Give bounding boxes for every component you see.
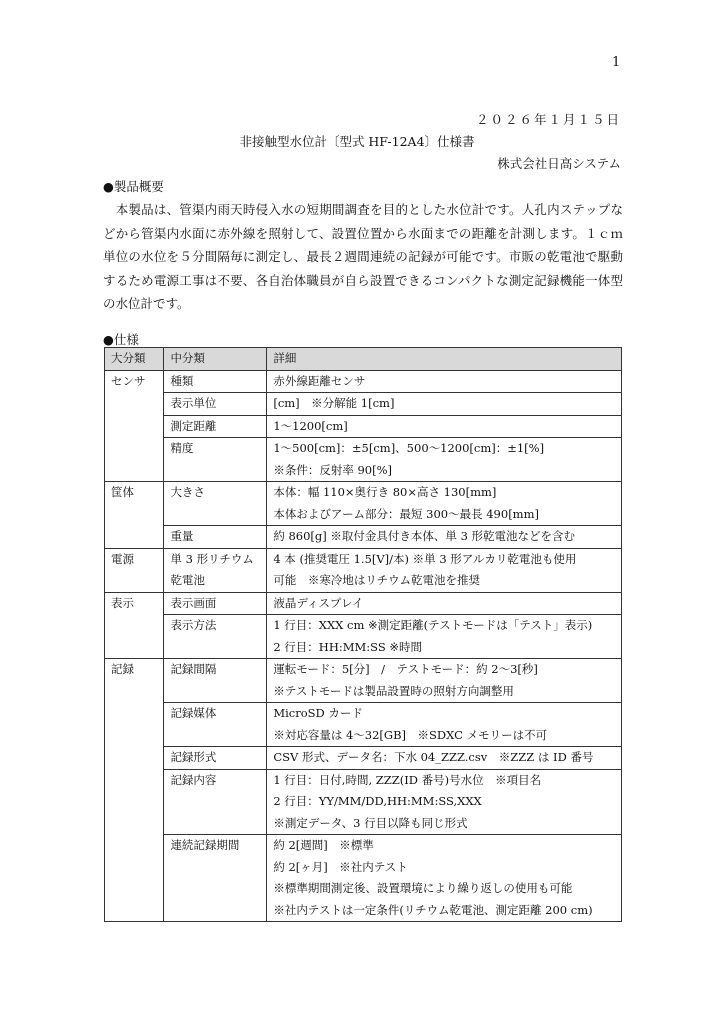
table-row: 重量約 860[g] ※取付金具付き本体、単 3 形乾電池などを含む (105, 526, 622, 549)
cell-minor-category: 測定距離 (164, 415, 267, 438)
table-row: 筐体大きさ本体：幅 110×奥行き 80×高さ 130[mm]本体およびアーム部… (105, 482, 622, 526)
cell-detail: 1 行目：日付,時間, ZZZ(ID 番号)号水位 ※項目名2 行目：YY/MM… (267, 769, 622, 835)
cell-detail: 約 860[g] ※取付金具付き本体、単 3 形乾電池などを含む (267, 526, 622, 549)
table-row: 記録記録間隔運転モード：5[分] / テストモード：約 2～3[秒]※テストモー… (105, 659, 622, 703)
cell-detail: 本体：幅 110×奥行き 80×高さ 130[mm]本体およびアーム部分：最短 … (267, 482, 622, 526)
minor-line: 記録形式 (170, 747, 260, 769)
cell-minor-category: 連続記録期間 (164, 835, 267, 922)
table-row: 精度1～500[cm]：±5[cm]、500～1200[cm]：±1[%]※条件… (105, 438, 622, 482)
cell-minor-category: 重量 (164, 526, 267, 549)
cell-minor-category: 表示方法 (164, 615, 267, 659)
cell-minor-category: 記録内容 (164, 769, 267, 835)
cell-minor-category: 表示単位 (164, 393, 267, 416)
table-row: 測定距離1～1200[cm] (105, 415, 622, 438)
minor-line: 測定距離 (170, 416, 260, 438)
detail-line: ※測定データ、3 行目以降も同じ形式 (273, 813, 615, 835)
detail-line: 約 2[ヶ月] ※社内テスト (273, 857, 615, 879)
detail-line: ※対応容量は 4～32[GB] ※SDXC メモリーは不可 (273, 725, 615, 747)
minor-line: 大きさ (170, 482, 260, 504)
detail-line: ※社内テストは一定条件(リチウム乾電池、測定距離 200 cm) (273, 900, 615, 922)
detail-line: 2 行目：YY/MM/DD,HH:MM:SS,XXX (273, 791, 615, 813)
detail-line: 2 行目：HH:MM:SS ※時間 (273, 637, 615, 659)
minor-line: 記録内容 (170, 770, 260, 792)
minor-line: 種類 (170, 371, 260, 393)
cell-minor-category: 単 3 形リチウム乾電池 (164, 548, 267, 592)
table-row: 表示方法1 行目：XXX cm ※測定距離(テストモードは「テスト」表示)2 行… (105, 615, 622, 659)
minor-line: 連続記録期間 (170, 835, 260, 857)
header-detail: 詳細 (267, 348, 622, 371)
detail-line: ※テストモードは製品設置時の照射方向調整用 (273, 681, 615, 703)
cell-minor-category: 表示画面 (164, 592, 267, 615)
cell-major-category: 電源 (105, 548, 164, 592)
detail-line: 1～500[cm]：±5[cm]、500～1200[cm]：±1[%] (273, 438, 615, 460)
detail-line: ※標準期間測定後、設置環境により繰り返しの使用も可能 (273, 878, 615, 900)
minor-line: 表示単位 (170, 393, 260, 415)
document-date: ２０２６年１月１５日 (476, 110, 621, 128)
table-row: 記録内容1 行目：日付,時間, ZZZ(ID 番号)号水位 ※項目名2 行目：Y… (105, 769, 622, 835)
detail-line: MicroSD カード (273, 703, 615, 725)
table-row: 連続記録期間約 2[週間] ※標準約 2[ヶ月] ※社内テスト※標準期間測定後、… (105, 835, 622, 922)
cell-detail: 1～1200[cm] (267, 415, 622, 438)
detail-line: 1 行目：日付,時間, ZZZ(ID 番号)号水位 ※項目名 (273, 770, 615, 792)
spec-heading: ●仕様 (103, 330, 139, 348)
overview-body: 本製品は、管渠内雨天時侵入水の短期間調査を目的とした水位計です。人孔内ステップな… (103, 198, 623, 316)
cell-major-category: 筐体 (105, 482, 164, 549)
detail-line: 1～1200[cm] (273, 416, 615, 438)
cell-detail: 4 本 (推奨電圧 1.5[V]/本) ※単 3 形アルカリ乾電池も使用可能 ※… (267, 548, 622, 592)
detail-line: [cm] ※分解能 1[cm] (273, 393, 615, 415)
company-name: 株式会社日高システム (497, 154, 621, 172)
detail-line: 赤外線距離センサ (273, 371, 615, 393)
table-row: 記録媒体MicroSD カード※対応容量は 4～32[GB] ※SDXC メモリ… (105, 703, 622, 747)
table-row: 記録形式CSV 形式、データ名：下水 04_ZZZ.csv ※ZZZ は ID … (105, 747, 622, 770)
table-row: 表示単位[cm] ※分解能 1[cm] (105, 393, 622, 416)
detail-line: 4 本 (推奨電圧 1.5[V]/本) ※単 3 形アルカリ乾電池も使用 (273, 549, 615, 571)
minor-line: 重量 (170, 526, 260, 548)
cell-minor-category: 記録形式 (164, 747, 267, 770)
cell-minor-category: 精度 (164, 438, 267, 482)
overview-heading: ●製品概要 (103, 177, 164, 195)
cell-minor-category: 記録間隔 (164, 659, 267, 703)
detail-line: 約 860[g] ※取付金具付き本体、単 3 形乾電池などを含む (273, 526, 615, 548)
minor-line: 記録媒体 (170, 703, 260, 725)
spec-table: 大分類 中分類 詳細 センサ種類赤外線距離センサ表示単位[cm] ※分解能 1[… (104, 347, 622, 922)
cell-major-category: センサ (105, 370, 164, 482)
minor-line: 表示方法 (170, 615, 260, 637)
table-row: 電源単 3 形リチウム乾電池4 本 (推奨電圧 1.5[V]/本) ※単 3 形… (105, 548, 622, 592)
detail-line: 液晶ディスプレイ (273, 593, 615, 615)
document-title: 非接触型水位計〔型式 HF-12A4〕仕様書 (0, 132, 724, 150)
cell-detail: 運転モード：5[分] / テストモード：約 2～3[秒]※テストモードは製品設置… (267, 659, 622, 703)
table-header-row: 大分類 中分類 詳細 (105, 348, 622, 371)
header-minor: 中分類 (164, 348, 267, 371)
detail-line: 本体：幅 110×奥行き 80×高さ 130[mm] (273, 482, 615, 504)
detail-line: ※条件：反射率 90[%] (273, 460, 615, 482)
cell-major-category: 記録 (105, 659, 164, 922)
detail-line: 本体およびアーム部分：最短 300～最長 490[mm] (273, 504, 615, 526)
table-row: 表示表示画面液晶ディスプレイ (105, 592, 622, 615)
page-number: 1 (612, 55, 620, 70)
spec-table-body: センサ種類赤外線距離センサ表示単位[cm] ※分解能 1[cm]測定距離1～12… (105, 370, 622, 922)
cell-detail: 液晶ディスプレイ (267, 592, 622, 615)
table-row: センサ種類赤外線距離センサ (105, 370, 622, 393)
detail-line: 運転モード：5[分] / テストモード：約 2～3[秒] (273, 659, 615, 681)
minor-line: 乾電池 (170, 570, 260, 592)
cell-detail: 赤外線距離センサ (267, 370, 622, 393)
header-major: 大分類 (105, 348, 164, 371)
cell-detail: 1～500[cm]：±5[cm]、500～1200[cm]：±1[%]※条件：反… (267, 438, 622, 482)
minor-line: 表示画面 (170, 593, 260, 615)
detail-line: 1 行目：XXX cm ※測定距離(テストモードは「テスト」表示) (273, 615, 615, 637)
cell-detail: 約 2[週間] ※標準約 2[ヶ月] ※社内テスト※標準期間測定後、設置環境によ… (267, 835, 622, 922)
minor-line: 単 3 形リチウム (170, 549, 260, 571)
detail-line: 約 2[週間] ※標準 (273, 835, 615, 857)
cell-minor-category: 記録媒体 (164, 703, 267, 747)
cell-detail: 1 行目：XXX cm ※測定距離(テストモードは「テスト」表示)2 行目：HH… (267, 615, 622, 659)
minor-line: 記録間隔 (170, 659, 260, 681)
cell-minor-category: 種類 (164, 370, 267, 393)
detail-line: 可能 ※寒冷地はリチウム乾電池を推奨 (273, 570, 615, 592)
minor-line: 精度 (170, 438, 260, 460)
cell-minor-category: 大きさ (164, 482, 267, 526)
detail-line: CSV 形式、データ名：下水 04_ZZZ.csv ※ZZZ は ID 番号 (273, 747, 615, 769)
cell-detail: MicroSD カード※対応容量は 4～32[GB] ※SDXC メモリーは不可 (267, 703, 622, 747)
cell-major-category: 表示 (105, 592, 164, 659)
cell-detail: CSV 形式、データ名：下水 04_ZZZ.csv ※ZZZ は ID 番号 (267, 747, 622, 770)
cell-detail: [cm] ※分解能 1[cm] (267, 393, 622, 416)
